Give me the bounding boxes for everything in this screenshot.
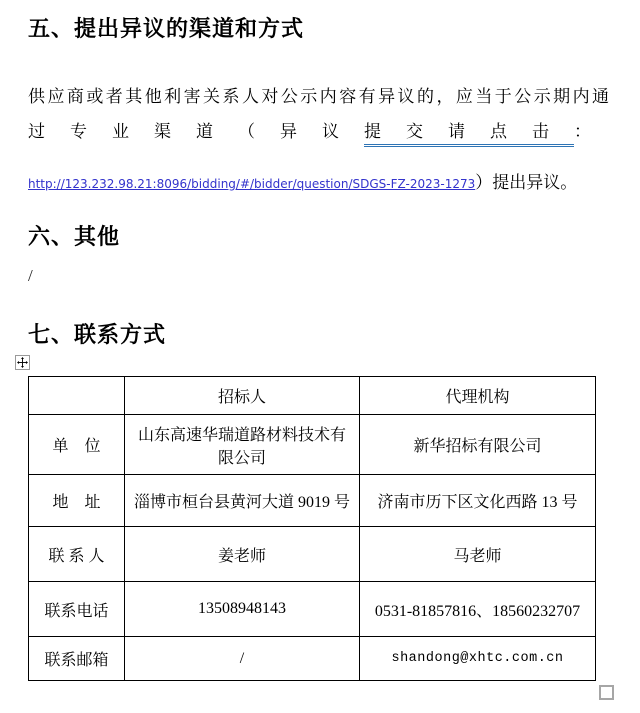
row-label-contact-person: 联 系 人 bbox=[29, 527, 125, 582]
email-agency-cell: shandong@xhtc.com.cn bbox=[360, 637, 596, 681]
contact-person-tenderer-cell: 姜老师 bbox=[125, 527, 360, 582]
section-5-heading: 五、提出异议的渠道和方式 bbox=[28, 12, 304, 43]
table-header-row: 招标人 代理机构 bbox=[29, 377, 596, 415]
dispute-line-2-colon: ： bbox=[574, 122, 616, 141]
row-label-unit: 单 位 bbox=[29, 415, 125, 475]
table-row-email: 联系邮箱 / shandong@xhtc.com.cn bbox=[29, 637, 596, 681]
section-6-heading: 六、其他 bbox=[28, 220, 120, 251]
table-row-address: 地 址 淄博市桓台县黄河大道 9019 号 济南市历下区文化西路 13 号 bbox=[29, 475, 596, 527]
dispute-line-2-text: 过专业渠道（异议 bbox=[28, 122, 364, 141]
header-tenderer-cell: 招标人 bbox=[125, 377, 360, 415]
dispute-line-3-suffix: ）提出异议。 bbox=[475, 173, 577, 192]
dispute-paragraph-line-2: 过专业渠道（异议提交请点击： bbox=[28, 117, 618, 142]
table-resize-handle[interactable] bbox=[599, 685, 614, 700]
table-move-handle[interactable] bbox=[15, 355, 30, 370]
address-tenderer-cell: 淄博市桓台县黄河大道 9019 号 bbox=[125, 475, 360, 527]
address-agency-cell: 济南市历下区文化西路 13 号 bbox=[360, 475, 596, 527]
dispute-paragraph-line-3: http://123.232.98.21:8096/bidding/#/bidd… bbox=[28, 168, 618, 193]
contact-table: 招标人 代理机构 单 位 山东高速华瑞道路材料技术有限公司 新华招标有限公司 地… bbox=[28, 376, 596, 681]
row-label-address: 地 址 bbox=[29, 475, 125, 527]
move-cross-icon bbox=[17, 357, 28, 368]
contact-table-container: 招标人 代理机构 单 位 山东高速华瑞道路材料技术有限公司 新华招标有限公司 地… bbox=[28, 376, 596, 681]
phone-tenderer-cell: 13508948143 bbox=[125, 582, 360, 637]
table-row-phone: 联系电话 13508948143 0531-81857816、185602327… bbox=[29, 582, 596, 637]
row-label-phone: 联系电话 bbox=[29, 582, 125, 637]
document-page: 五、提出异议的渠道和方式 供应商或者其他利害关系人对公示内容有异议的，应当于公示… bbox=[0, 0, 640, 713]
question-submission-url-link[interactable]: http://123.232.98.21:8096/bidding/#/bidd… bbox=[28, 177, 475, 191]
section-7-heading: 七、联系方式 bbox=[28, 318, 166, 349]
unit-agency-cell: 新华招标有限公司 bbox=[360, 415, 596, 475]
header-agency-cell: 代理机构 bbox=[360, 377, 596, 415]
section-6-content: / bbox=[28, 266, 618, 286]
table-row-contact-person: 联 系 人 姜老师 马老师 bbox=[29, 527, 596, 582]
unit-tenderer-cell: 山东高速华瑞道路材料技术有限公司 bbox=[125, 415, 360, 475]
contact-person-agency-cell: 马老师 bbox=[360, 527, 596, 582]
header-empty-cell bbox=[29, 377, 125, 415]
table-row-unit: 单 位 山东高速华瑞道路材料技术有限公司 新华招标有限公司 bbox=[29, 415, 596, 475]
submit-click-link-text[interactable]: 提交请点击 bbox=[364, 122, 574, 147]
email-tenderer-cell: / bbox=[125, 637, 360, 681]
row-label-email: 联系邮箱 bbox=[29, 637, 125, 681]
dispute-paragraph-line-1: 供应商或者其他利害关系人对公示内容有异议的，应当于公示期内通 bbox=[28, 82, 618, 107]
phone-agency-cell: 0531-81857816、18560232707 bbox=[360, 582, 596, 637]
